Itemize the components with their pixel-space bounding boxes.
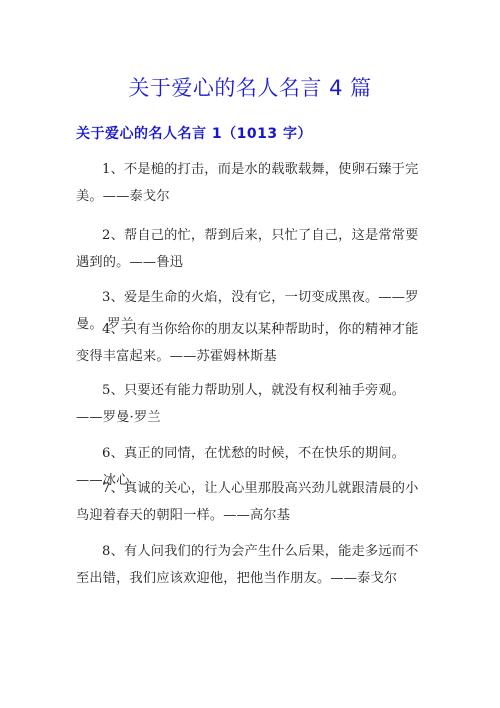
quote-paragraph-4: 4、只有当你给你的朋友以某种帮助时，你的精神才能变得丰富起来。——苏霍姆林斯基	[76, 316, 428, 370]
document-page: 关于爱心的名人名言 4 篇 关于爱心的名人名言 1（1013 字） 1、不是槌的…	[0, 0, 500, 708]
quote-paragraph-8: 8、有人问我们的行为会产生什么后果，能走多远而不至出错，我们应该欢迎他，把他当作…	[76, 538, 428, 592]
quote-paragraph-5: 5、只要还有能力帮助别人，就没有权利袖手旁观。——罗曼·罗兰	[76, 377, 428, 431]
quote-paragraph-1: 1、不是槌的打击，而是水的载歌载舞，使卵石臻于完美。——泰戈尔	[76, 156, 428, 210]
quote-paragraph-7: 7、真诚的关心，让人心里那股高兴劲儿就跟清晨的小鸟迎着春天的朝阳一样。——高尔基	[76, 475, 428, 529]
page-title: 关于爱心的名人名言 4 篇	[0, 72, 500, 102]
section-heading: 关于爱心的名人名言 1（1013 字）	[76, 123, 312, 143]
quote-paragraph-2: 2、帮自己的忙，帮到后来，只忙了自己，这是常常要遇到的。——鲁迅	[76, 222, 428, 276]
